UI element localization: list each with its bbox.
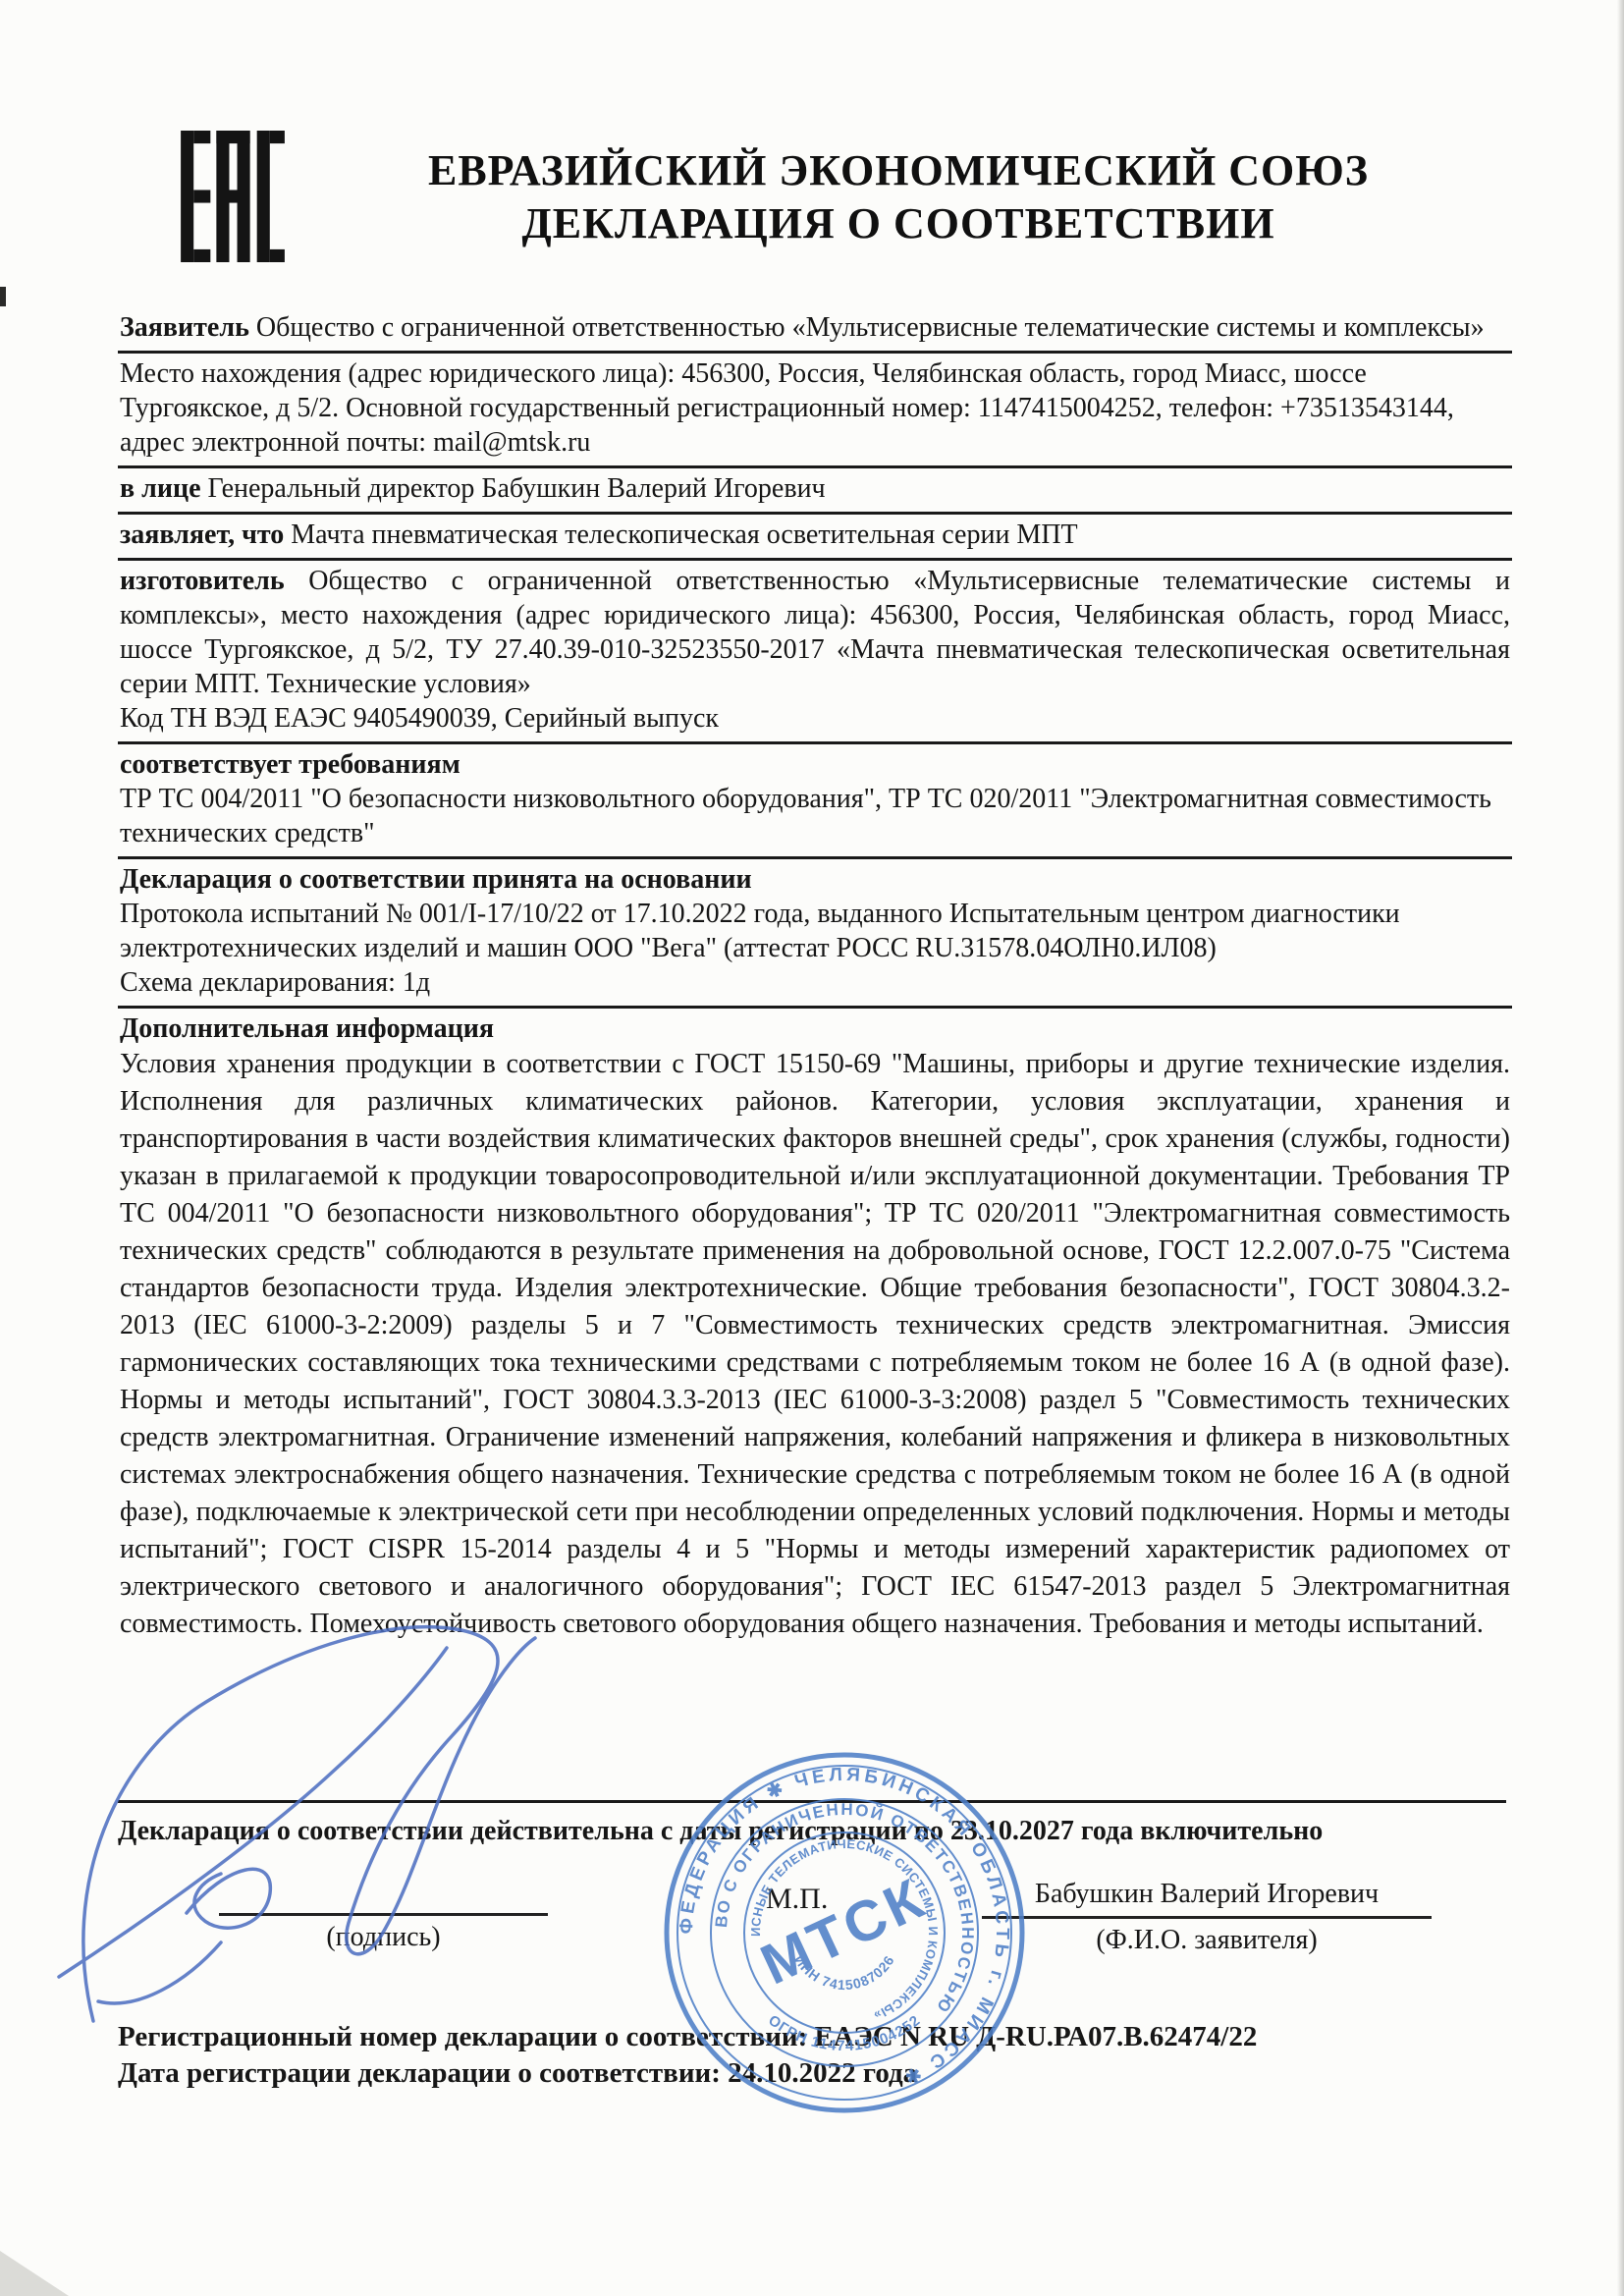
manufacturer-text: Общество с ограниченной ответственностью… — [120, 566, 1510, 699]
manufacturer-paragraph: изготовитель Общество с ограниченной отв… — [120, 564, 1510, 701]
validity-statement: Декларация о соответствии действительна … — [118, 1800, 1506, 1851]
document-content: ЕВРАЗИЙСКИЙ ЭКОНОМИЧЕСКИЙ СОЮЗ ДЕКЛАРАЦИ… — [118, 83, 1512, 1649]
additional-info-section: Дополнительная информация Условия хранен… — [118, 1009, 1512, 1649]
scan-corner-shadow — [0, 2251, 69, 2296]
eac-mark-icon — [181, 131, 285, 262]
mp-seal-label: М.П. — [766, 1882, 828, 1916]
tn-ved-text: Код ТН ВЭД ЕАЭС 9405490039, Серийный вып… — [120, 701, 1510, 736]
applicant-text: Общество с ограниченной ответственностью… — [249, 312, 1485, 343]
basis-label: Декларация о соответствии принята на осн… — [120, 862, 1510, 897]
compliance-text: ТР ТС 004/2011 "О безопасности низковоль… — [120, 782, 1510, 850]
stamp-inn-text: ИНН 7415087026 — [791, 1952, 897, 1993]
in-person-label: в лице — [120, 473, 201, 504]
registration-date-line: Дата регистрации декларации о соответств… — [118, 2055, 1512, 2092]
address-text: Место нахождения (адрес юридического лиц… — [120, 358, 1454, 458]
stamp-company-ring-text: «МУЛЬТИСЕРВИСНЫЕ ТЕЛЕМАТИЧЕСКИЕ СИСТЕМЫ … — [748, 1836, 941, 2023]
svg-text:ИНН 7415087026: ИНН 7415087026 — [791, 1952, 897, 1993]
declares-label: заявляет, что — [120, 519, 284, 550]
registration-number-line: Регистрационный номер декларации о соотв… — [118, 2019, 1512, 2055]
compliance-label: соответствует требованиям — [120, 747, 1510, 782]
applicant-name: Бабушкин Валерий Игоревич — [982, 1877, 1432, 1911]
in-person-section: в лице Генеральный директор Бабушкин Вал… — [118, 468, 1512, 515]
basis-text: Протокола испытаний № 001/I-17/10/22 от … — [120, 897, 1510, 965]
applicant-name-line — [982, 1916, 1432, 1919]
in-person-text: Генеральный директор Бабушкин Валерий Иг… — [201, 473, 826, 504]
additional-info-label: Дополнительная информация — [120, 1011, 1510, 1046]
address-section: Место нахождения (адрес юридического лиц… — [118, 354, 1512, 468]
applicant-label: Заявитель — [120, 312, 249, 343]
title-line-1: ЕВРАЗИЙСКИЙ ЭКОНОМИЧЕСКИЙ СОЮЗ — [285, 144, 1512, 197]
scheme-text: Схема декларирования: 1д — [120, 965, 1510, 1000]
svg-text:«МУЛЬТИСЕРВИСНЫЕ ТЕЛЕМАТИЧЕСКИ: «МУЛЬТИСЕРВИСНЫЕ ТЕЛЕМАТИЧЕСКИЕ СИСТЕМЫ … — [748, 1836, 941, 2023]
applicant-section: Заявитель Общество с ограниченной ответс… — [118, 307, 1512, 354]
scan-artifact-mark — [0, 287, 6, 306]
signature-caption: (подпись) — [219, 1920, 548, 1954]
document-title: ЕВРАЗИЙСКИЙ ЭКОНОМИЧЕСКИЙ СОЮЗ ДЕКЛАРАЦИ… — [285, 131, 1512, 250]
signature-line — [219, 1913, 548, 1916]
scan-edge-shadow — [1617, 0, 1624, 2296]
basis-section: Декларация о соответствии принята на осн… — [118, 859, 1512, 1009]
applicant-name-caption: (Ф.И.О. заявителя) — [982, 1923, 1432, 1957]
additional-info-text: Условия хранения продукции в соответстви… — [120, 1046, 1510, 1643]
declaration-document-page: ЕВРАЗИЙСКИЙ ЭКОНОМИЧЕСКИЙ СОЮЗ ДЕКЛАРАЦИ… — [0, 0, 1624, 2296]
compliance-section: соответствует требованиям ТР ТС 004/2011… — [118, 744, 1512, 859]
manufacturer-label: изготовитель — [120, 566, 285, 596]
document-body: Заявитель Общество с ограниченной ответс… — [118, 307, 1512, 1649]
declares-text: Мачта пневматическая телескопическая осв… — [284, 519, 1077, 550]
document-header: ЕВРАЗИЙСКИЙ ЭКОНОМИЧЕСКИЙ СОЮЗ ДЕКЛАРАЦИ… — [118, 131, 1512, 262]
registration-block: Регистрационный номер декларации о соотв… — [118, 2019, 1512, 2092]
manufacturer-section: изготовитель Общество с ограниченной отв… — [118, 561, 1512, 744]
title-line-2: ДЕКЛАРАЦИЯ О СООТВЕТСТВИИ — [285, 197, 1512, 250]
declares-section: заявляет, что Мачта пневматическая телес… — [118, 515, 1512, 561]
